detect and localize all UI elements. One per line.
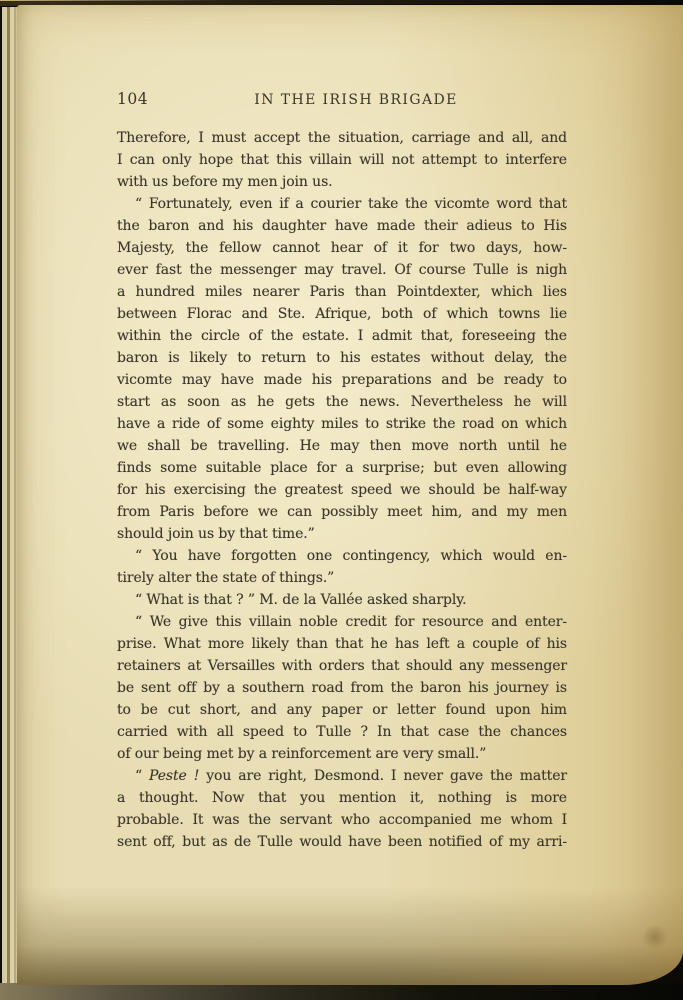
text-line: we shall be travelling. He may then move… — [117, 435, 567, 457]
text-line: “ We give this villain noble credit for … — [117, 611, 567, 633]
text-line: prise. What more likely than that he has… — [117, 633, 567, 655]
text-line: “ Fortunately, even if a courier take th… — [117, 193, 567, 215]
text-line: I can only hope that this villain will n… — [117, 149, 567, 171]
text-line: from Paris before we can possibly meet h… — [117, 501, 567, 523]
page-number: 104 — [117, 90, 148, 108]
text-line: to be cut short, and any paper or letter… — [117, 699, 567, 721]
book-page-edges — [0, 7, 17, 1000]
text-line: vicomte may have made his preparations a… — [117, 369, 567, 391]
paragraph: “ Fortunately, even if a courier take th… — [117, 193, 567, 545]
text-line: carried with all speed to Tulle ? In tha… — [117, 721, 567, 743]
text-segment: “ — [135, 768, 149, 784]
text-line: Therefore, I must accept the situation, … — [117, 127, 567, 149]
text-line: for his exercising the greatest speed we… — [117, 479, 567, 501]
text-line: Majesty, the fellow cannot hear of it fo… — [117, 237, 567, 259]
italic-word: Peste ! — [149, 768, 199, 784]
paper-smudge — [641, 925, 669, 949]
text-line: the baron and his daughter have made the… — [117, 215, 567, 237]
page-content: 104 IN THE IRISH BRIGADE Therefore, I mu… — [117, 90, 567, 853]
running-title: IN THE IRISH BRIGADE — [254, 92, 457, 108]
text-line: finds some suitable place for a surprise… — [117, 457, 567, 479]
paragraph: “ What is that ? ” M. de la Vallée asked… — [117, 589, 567, 611]
text-line: between Florac and Ste. Afrique, both of… — [117, 303, 567, 325]
text-line: a hundred miles nearer Paris than Pointd… — [117, 281, 567, 303]
book-page: 104 IN THE IRISH BRIGADE Therefore, I mu… — [17, 5, 683, 985]
text-line: with us before my men join us. — [117, 171, 567, 193]
text-line: “ Peste ! you are right, Desmond. I neve… — [117, 765, 567, 787]
text-line: sent off, but as de Tulle would have bee… — [117, 831, 567, 853]
text-line: have a ride of some eighty miles to stri… — [117, 413, 567, 435]
text-line: “ You have forgotten one contingency, wh… — [117, 545, 567, 567]
text-line: ever fast the messenger may travel. Of c… — [117, 259, 567, 281]
text-line: retainers at Versailles with orders that… — [117, 655, 567, 677]
page-header: 104 IN THE IRISH BRIGADE — [117, 90, 567, 110]
text-line: probable. It was the servant who accompa… — [117, 809, 567, 831]
paragraph: “ Peste ! you are right, Desmond. I neve… — [117, 765, 567, 853]
paragraph: “ We give this villain noble credit for … — [117, 611, 567, 765]
text-line: start as soon as he gets the news. Never… — [117, 391, 567, 413]
text-line: “ What is that ? ” M. de la Vallée asked… — [117, 589, 567, 611]
text-line: within the circle of the estate. I admit… — [117, 325, 567, 347]
paragraph: “ You have forgotten one contingency, wh… — [117, 545, 567, 589]
text-block: Therefore, I must accept the situation, … — [117, 127, 567, 853]
text-line: baron is likely to return to his estates… — [117, 347, 567, 369]
text-line: should join us by that time.” — [117, 523, 567, 545]
bottom-shadow — [0, 983, 683, 1000]
text-line: of our being met by a reinforcement are … — [117, 743, 567, 765]
paragraph: Therefore, I must accept the situation, … — [117, 127, 567, 193]
book-scan: 104 IN THE IRISH BRIGADE Therefore, I mu… — [0, 0, 683, 1000]
text-segment: you are right, Desmond. I never gave the… — [199, 768, 567, 784]
text-line: a thought. Now that you mention it, noth… — [117, 787, 567, 809]
text-line: be sent off by a southern road from the … — [117, 677, 567, 699]
text-line: tirely alter the state of things.” — [117, 567, 567, 589]
